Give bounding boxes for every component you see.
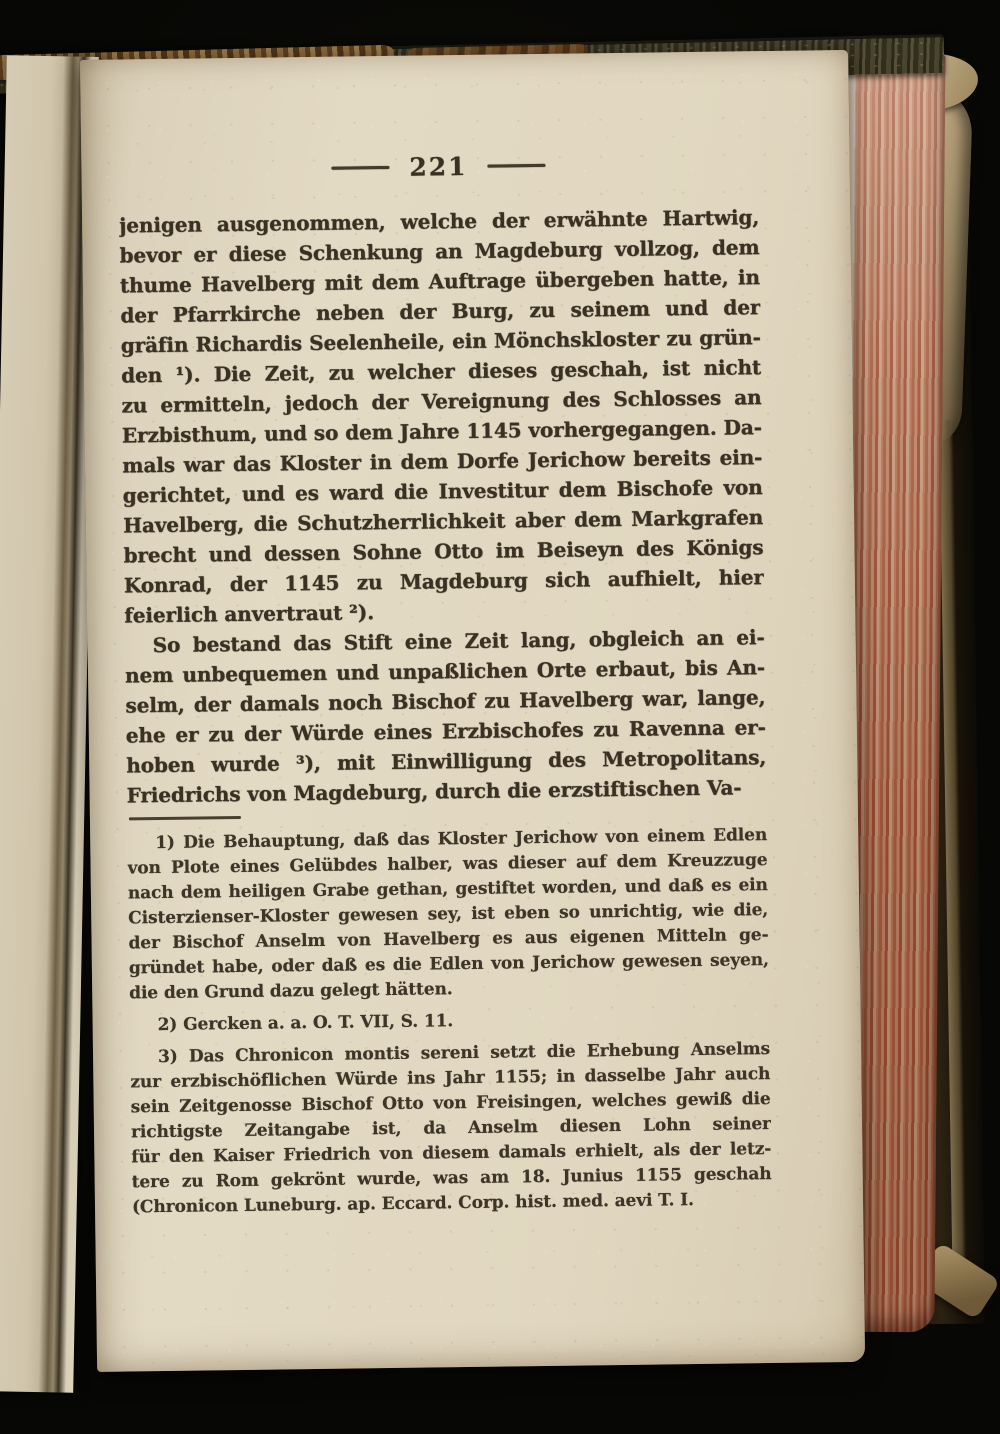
paragraph: 2) Gercken a. a. O. T. VII, S. 11. (129, 1005, 769, 1038)
text-line: 2) Gercken a. a. O. T. VII, S. 11. (129, 1005, 769, 1038)
footnote-separator-rule (129, 816, 241, 820)
paragraph: 3) Das Chronicon montis sereni setzt die… (130, 1037, 772, 1220)
header-dash-left-icon (331, 166, 389, 170)
paragraph: 1) Die Behauptung, daß das Kloster Jeric… (127, 823, 769, 1006)
page-content: 221 jenigen ausgenommen, welche der erwä… (117, 51, 772, 1227)
paragraph: jenigen ausgenommen, welche der erwähnte… (119, 202, 764, 630)
body-text: jenigen ausgenommen, welche der erwähnte… (119, 202, 767, 810)
paragraph: So bestand das Stift eine Zeit lang, obg… (124, 622, 766, 810)
photo-background: 221 jenigen ausgenommen, welche der erwä… (0, 0, 1000, 1434)
footnotes: 1) Die Behauptung, daß das Kloster Jeric… (127, 823, 772, 1220)
page-number: 221 (409, 152, 468, 182)
header-dash-right-icon (487, 164, 545, 168)
page-header: 221 (118, 148, 758, 185)
book-page: 221 jenigen ausgenommen, welche der erwä… (80, 50, 865, 1372)
